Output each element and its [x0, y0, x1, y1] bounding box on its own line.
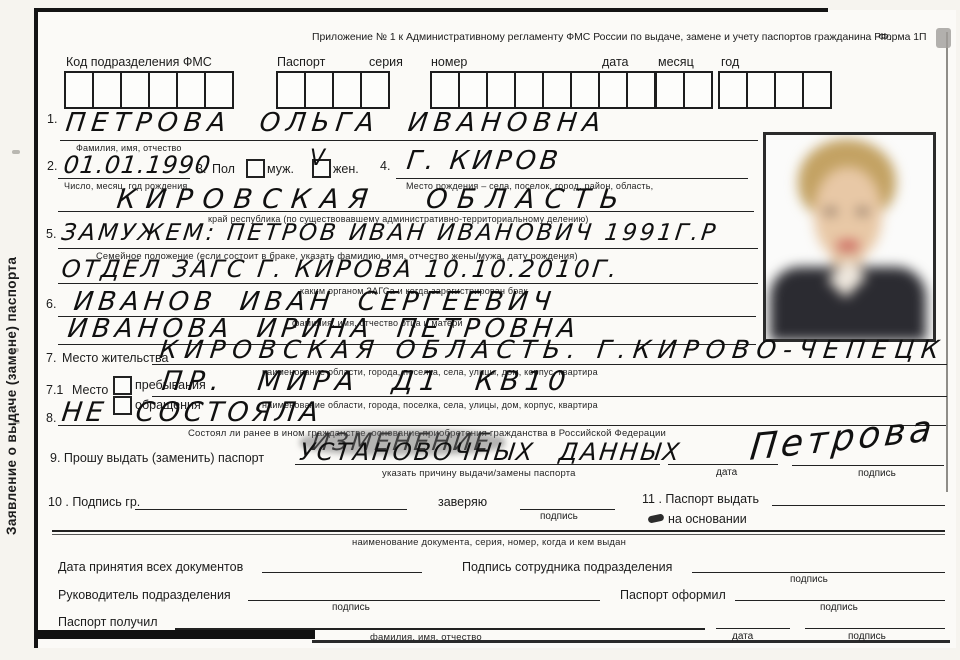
blurred-portrait — [766, 135, 933, 339]
basis-label: на основании — [668, 512, 747, 526]
frame-bottom-bar — [35, 630, 315, 639]
reason-value: УСТАНОВОЧНЫХ ДАННЫХ — [298, 438, 683, 466]
line5-rule[interactable] — [58, 248, 758, 249]
line71-number: 7.1 — [46, 383, 63, 397]
line8-number: 8. — [46, 411, 56, 425]
line5-number: 5. — [46, 227, 56, 241]
document-rule-double — [52, 534, 945, 535]
received-date-label: дата — [732, 631, 753, 642]
line9-sign-label: подпись — [858, 468, 896, 479]
reason-hint: указать причину выдачи/замены паспорта — [382, 468, 576, 479]
scan-artifact — [936, 28, 951, 48]
year-cells[interactable] — [718, 71, 832, 109]
date-label: дата — [602, 55, 629, 69]
photo-lips — [836, 241, 860, 250]
frame-right — [946, 32, 948, 492]
frame-left — [34, 8, 38, 648]
fullname-value: ПЕТРОВА ОЛЬГА ИВАНОВНА — [64, 108, 608, 138]
certify-label: заверяю — [438, 495, 487, 509]
sex-label: Пол — [212, 162, 235, 176]
line7-rule[interactable] — [152, 364, 947, 365]
line6-number: 6. — [46, 297, 56, 311]
line2-rule[interactable] — [58, 178, 190, 179]
line10-label: 10 . Подпись гр. — [48, 495, 140, 509]
photo-eye — [824, 209, 837, 214]
form-side-title: Заявление о выдаче (замене) паспорта — [4, 165, 19, 535]
prepared-sign-rule[interactable] — [735, 600, 945, 601]
applicant-photo — [763, 132, 936, 342]
line4-number: 4. — [380, 159, 390, 173]
line10-rule[interactable] — [135, 509, 407, 510]
stay-address-value: ПР. МИРА Д1 КВ10 — [160, 366, 573, 397]
month-cells[interactable] — [655, 71, 713, 109]
number-label: номер — [431, 55, 467, 69]
passport-label: Паспорт — [277, 55, 325, 69]
received-date-rule[interactable] — [716, 628, 790, 629]
line5b-rule[interactable] — [58, 283, 758, 284]
officer-sign-label: Подпись сотрудника подразделения — [462, 560, 672, 574]
marriage-registry-value: ОТДЕЛ ЗАГС Г. КИРОВА 10.10.2010Г. — [60, 255, 621, 283]
line11-rule[interactable] — [772, 505, 945, 506]
officer-sign-rule[interactable] — [692, 572, 945, 573]
number-cells[interactable] — [430, 71, 600, 109]
certify-sign-rule[interactable] — [520, 509, 615, 510]
line1-rule[interactable] — [60, 140, 758, 141]
father-name-value: ИВАНОВ ИВАН СЕРГЕЕВИЧ — [72, 287, 557, 317]
prepared-sign-hint: подпись — [820, 602, 858, 613]
line4b-rule[interactable] — [58, 211, 754, 212]
birthdate-value: 01.01.1990 — [62, 151, 213, 179]
received-sign-label: подпись — [848, 631, 886, 642]
header-note: Приложение № 1 к Административному регла… — [312, 32, 892, 43]
female-checkmark: V — [310, 146, 325, 171]
fms-code-cells[interactable] — [64, 71, 234, 109]
line7-number: 7. — [46, 351, 56, 365]
received-label: Паспорт получил — [58, 615, 158, 629]
document-rule[interactable] — [52, 530, 945, 532]
residence-label: Место жительства — [62, 351, 168, 365]
line9-sign-rule[interactable] — [792, 465, 944, 466]
sex-male-label: муж. — [267, 162, 294, 176]
citizenship-value: НЕ СОСТОЯЛА — [60, 397, 324, 428]
year-label: год — [721, 55, 739, 69]
date-cells[interactable] — [598, 71, 656, 109]
line4-rule[interactable] — [396, 178, 748, 179]
stay-checkbox[interactable] — [113, 376, 132, 395]
certify-sign-label: подпись — [540, 511, 578, 522]
sex-male-checkbox[interactable] — [246, 159, 265, 178]
form-code: Форма 1П — [878, 32, 927, 43]
head-sign-rule[interactable] — [248, 600, 600, 601]
stay-place-label: Место — [72, 383, 108, 397]
request-label: 9. Прошу выдать (заменить) паспорт — [50, 451, 264, 465]
residence-value: КИРОВСКАЯ ОБЛАСТЬ. Г.КИРОВО-ЧЕПЕЦК — [158, 335, 948, 364]
scan-artifact — [12, 150, 20, 154]
document-hint: наименование документа, серия, номер, ко… — [352, 537, 626, 548]
line11-label: 11 . Паспорт выдать — [642, 492, 759, 506]
photo-eye — [856, 209, 869, 214]
head-label: Руководитель подразделения — [58, 588, 231, 602]
birthplace-value: Г. КИРОВ — [405, 146, 564, 176]
scanned-passport-application-form: Заявление о выдаче (замене) паспорта При… — [0, 0, 960, 660]
series-cells[interactable] — [276, 71, 390, 109]
prepared-label: Паспорт оформил — [620, 588, 726, 602]
fms-code-label: Код подразделения ФМС — [66, 55, 212, 69]
head-sign-hint: подпись — [332, 602, 370, 613]
line1-number: 1. — [47, 112, 57, 126]
sex-female-label: жен. — [333, 162, 359, 176]
line3-number: 3. — [196, 162, 206, 176]
officer-sign-hint: подпись — [790, 574, 828, 585]
docs-date-label: Дата принятия всех документов — [58, 560, 243, 574]
line2-number: 2. — [47, 159, 57, 173]
marital-status-value: ЗАМУЖЕМ: ПЕТРОВ ИВАН ИВАНОВИЧ 1991Г.Р — [60, 220, 720, 246]
line9-date-label: дата — [716, 467, 737, 478]
series-label: серия — [369, 55, 403, 69]
line9-rule[interactable] — [295, 464, 660, 465]
received-sign-rule[interactable] — [805, 628, 945, 629]
docs-date-rule[interactable] — [262, 572, 422, 573]
received-name-rule[interactable] — [175, 628, 705, 630]
received-name-hint: фамилия, имя, отчество — [370, 632, 482, 643]
frame-top — [34, 8, 828, 12]
month-label: месяц — [658, 55, 694, 69]
